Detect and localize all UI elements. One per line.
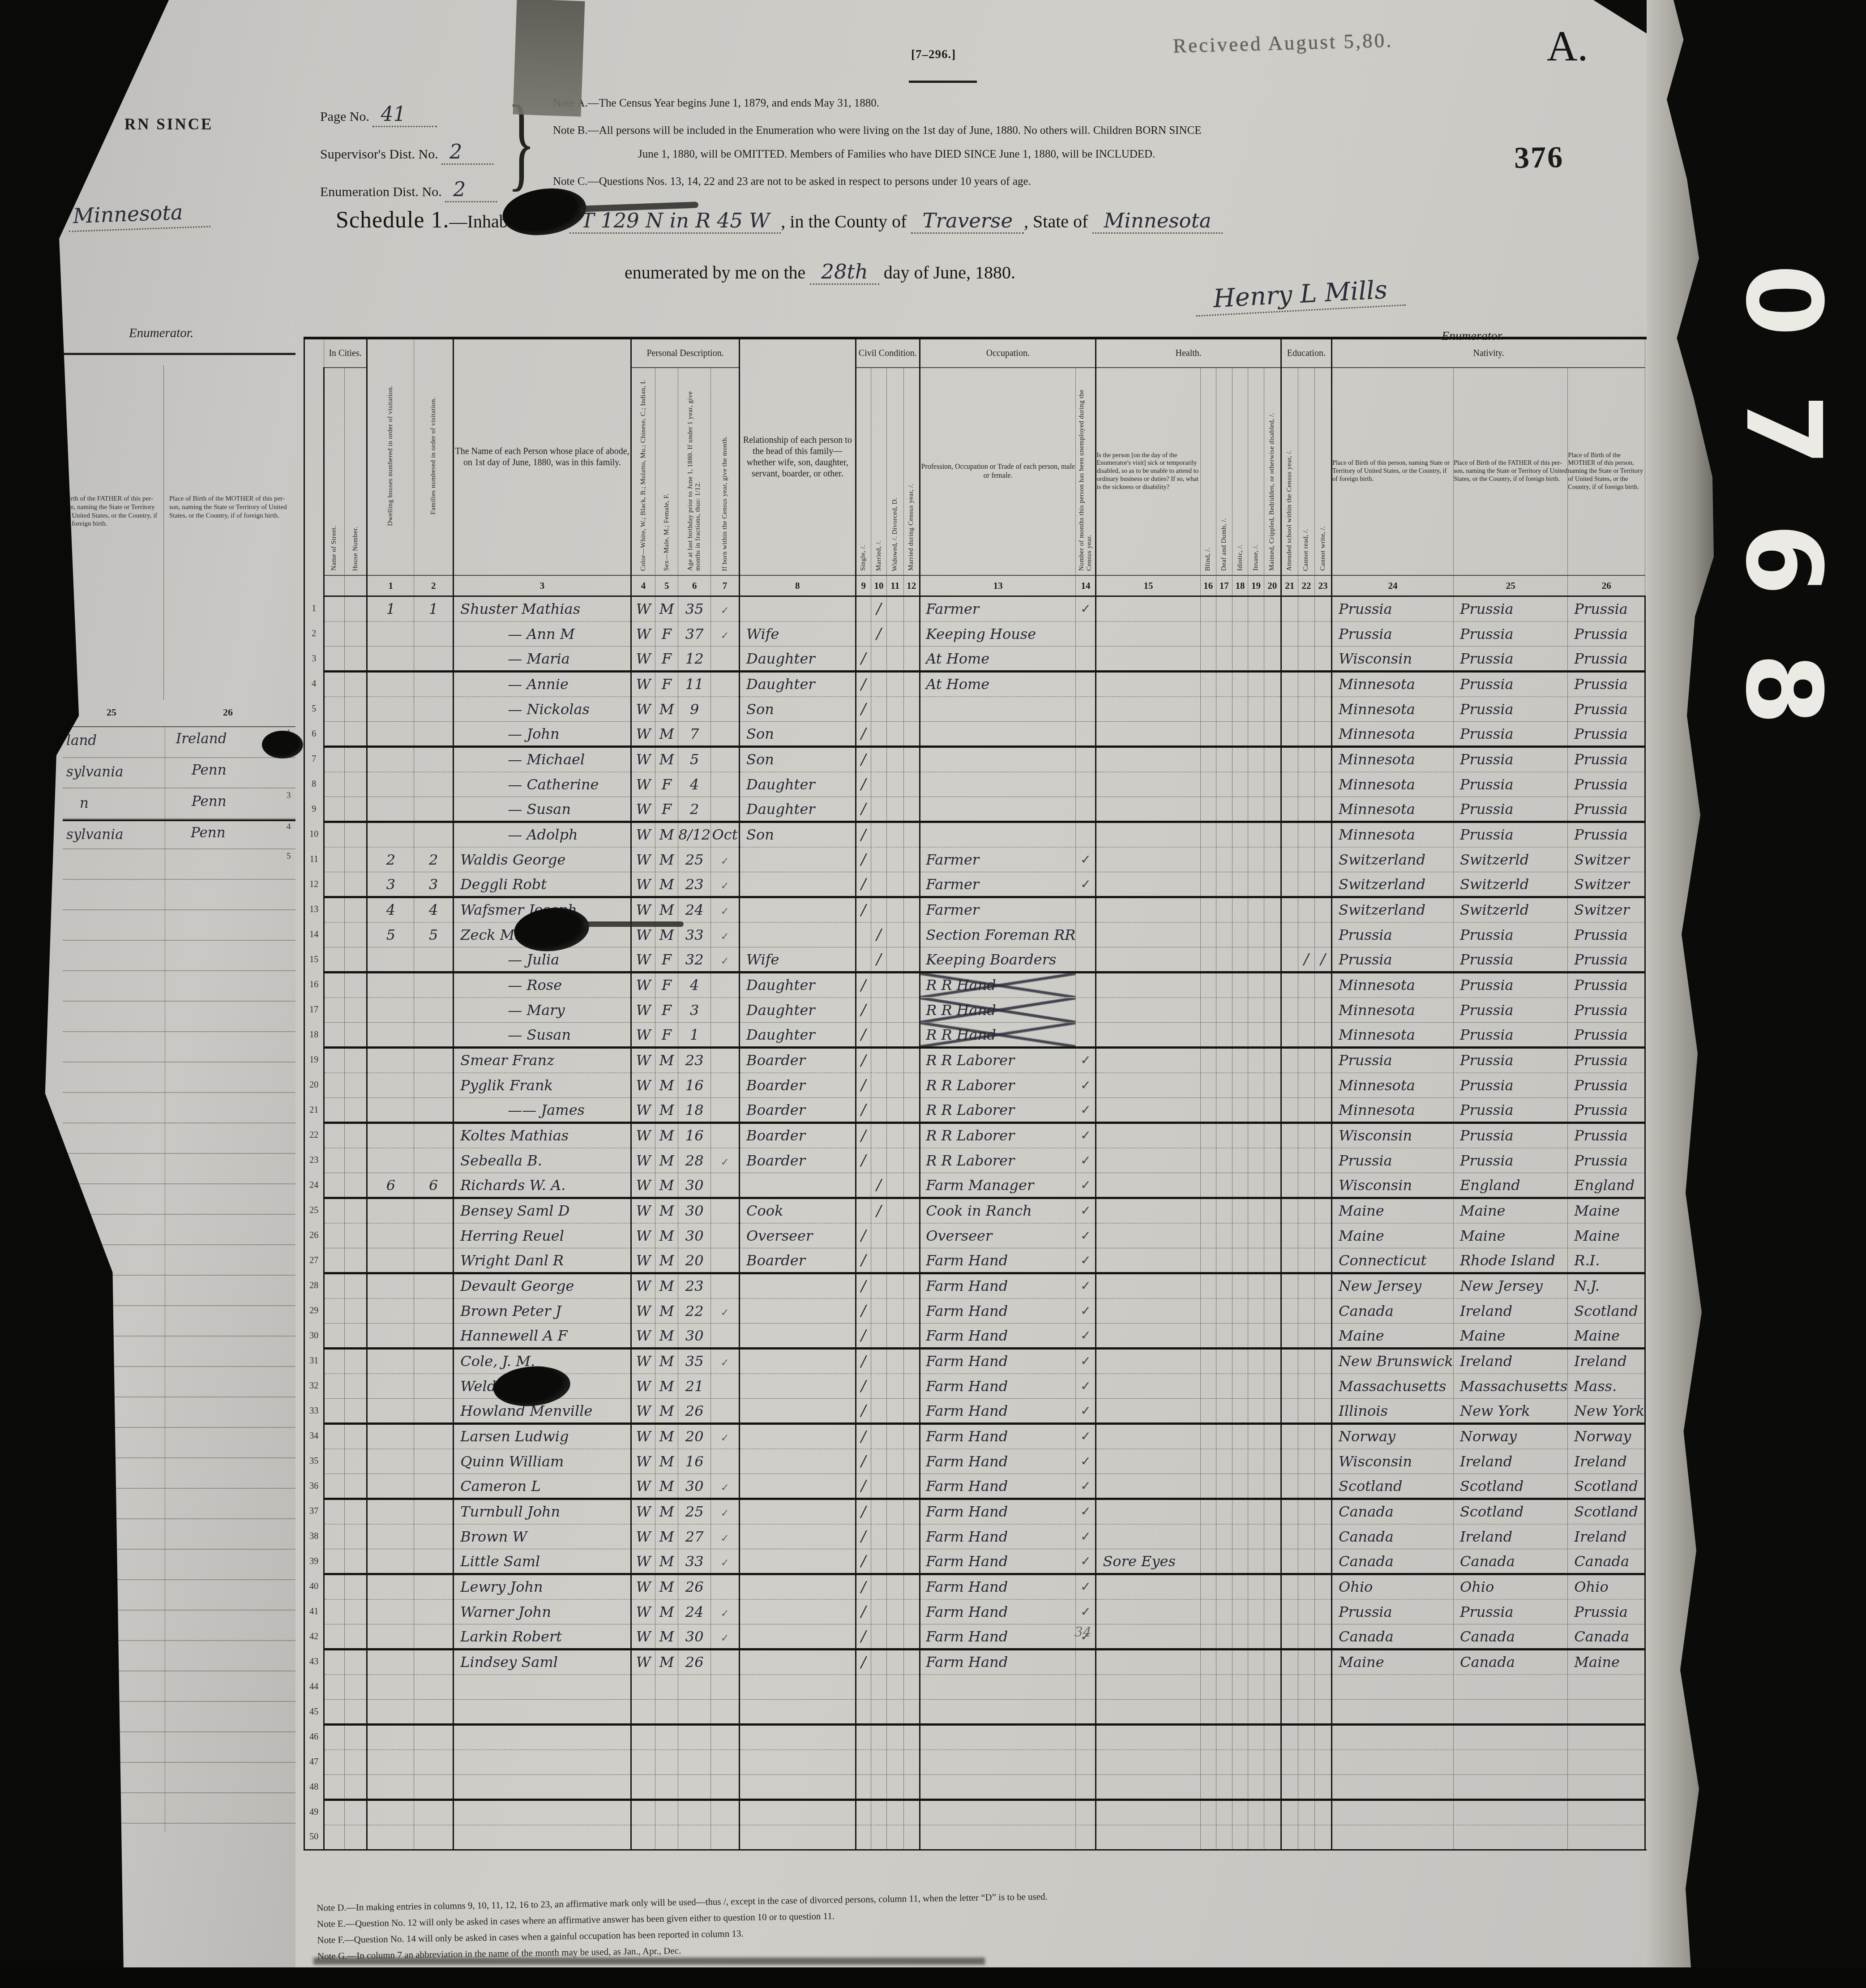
colnum: 15 — [1096, 575, 1200, 596]
widowed-mark — [887, 822, 903, 847]
previous-page-edge: RN SINCE Minnesota Enumerator. Birth of … — [17, 0, 298, 1988]
blind-mark — [1200, 1223, 1216, 1248]
house-number — [344, 1098, 367, 1123]
col1-header: Dwelling houses numbered in order of vis… — [367, 338, 414, 575]
street-name — [324, 797, 344, 822]
cannot-read-mark — [1298, 1675, 1315, 1700]
mother-birthplace: Scotland — [1568, 1474, 1645, 1499]
blind-mark — [1200, 1449, 1216, 1474]
relationship: Daughter — [740, 772, 856, 797]
blind-mark — [1200, 1800, 1216, 1825]
blind-mark — [1200, 1499, 1216, 1524]
idiotic-mark — [1232, 1273, 1248, 1298]
sex: M — [655, 1474, 678, 1499]
deaf-dumb-mark — [1216, 1449, 1233, 1474]
street-name — [324, 1048, 344, 1073]
widowed-mark — [887, 672, 903, 697]
father-birthplace: Prussia — [1453, 922, 1567, 947]
idiotic-mark — [1232, 647, 1248, 672]
single-mark: / — [856, 747, 871, 772]
street-name — [324, 872, 344, 897]
house-number — [344, 1298, 367, 1324]
blind-mark — [1200, 722, 1216, 747]
father-birthplace: Ireland — [1453, 1449, 1567, 1474]
dwelling-number — [367, 1524, 414, 1549]
deaf-dumb-mark — [1216, 1173, 1233, 1198]
idiotic-mark — [1232, 1349, 1248, 1374]
sex — [655, 1825, 678, 1850]
house-number — [344, 621, 367, 647]
cannot-read-mark — [1298, 1624, 1315, 1650]
insane-mark — [1248, 1248, 1264, 1273]
cannot-read-mark — [1298, 772, 1315, 797]
attended-school-mark — [1281, 1750, 1298, 1775]
row-number-left: 32 — [304, 1374, 324, 1399]
dwelling-number — [367, 947, 414, 973]
mother-birthplace — [1568, 1675, 1645, 1700]
insane-mark — [1248, 1650, 1264, 1675]
cannot-write-mark — [1315, 1800, 1332, 1825]
sickness — [1096, 596, 1200, 621]
group-occupation: Occupation. — [920, 338, 1096, 368]
cannot-write-mark — [1315, 596, 1332, 621]
idiotic-mark — [1232, 1499, 1248, 1524]
single-mark: / — [856, 1399, 871, 1424]
col20-header: Maimed, Crippled, Bedridden, or otherwis… — [1264, 368, 1281, 575]
disabled-mark — [1264, 1725, 1281, 1750]
sex: M — [655, 1298, 678, 1324]
relationship: Wife — [740, 621, 856, 647]
row-number-left: 43 — [304, 1650, 324, 1675]
col8-header: Relationship of each person to the head … — [740, 338, 856, 575]
widowed-mark — [887, 1725, 903, 1750]
disabled-mark — [1264, 1424, 1281, 1449]
blind-mark — [1200, 1273, 1216, 1298]
insane-mark — [1248, 1800, 1264, 1825]
cannot-write-mark — [1315, 1098, 1332, 1123]
row-number-left: 34 — [304, 1424, 324, 1449]
person-name: — Rose — [454, 973, 631, 998]
widowed-mark — [887, 998, 903, 1023]
person-name — [454, 1825, 631, 1850]
note-c: Note C.—Questions Nos. 13, 14, 22 and 23… — [553, 176, 1404, 187]
blind-mark — [1200, 872, 1216, 897]
person-name: — Mary — [454, 998, 631, 1023]
married-mark — [871, 1424, 887, 1449]
single-mark: / — [856, 1449, 871, 1474]
idiotic-mark — [1232, 747, 1248, 772]
occupation: Farm Hand — [920, 1599, 1076, 1624]
mother-birthplace — [1568, 1750, 1645, 1775]
sickness — [1096, 1248, 1200, 1273]
street-name — [324, 1073, 344, 1098]
mother-birthplace — [1568, 1700, 1645, 1725]
married-census-year-mark — [903, 922, 920, 947]
birthplace: Minnesota — [1332, 973, 1454, 998]
sex: M — [655, 1549, 678, 1574]
birthplace: Prussia — [1332, 621, 1454, 647]
prev-col25-number: 25 — [107, 707, 116, 718]
sex — [655, 1775, 678, 1800]
corner-letter: A. — [1547, 21, 1588, 71]
married-census-year-mark — [903, 1800, 920, 1825]
cannot-write-mark — [1315, 1474, 1332, 1499]
sex: M — [655, 747, 678, 772]
prev-col26-header: Place of Birth of the MOTHER of this per… — [165, 365, 295, 700]
birth-month — [711, 1800, 740, 1825]
occupation — [920, 1825, 1076, 1850]
dwelling-number — [367, 1675, 414, 1700]
dwelling-number — [367, 672, 414, 697]
cannot-read-mark — [1298, 797, 1315, 822]
color: W — [631, 1599, 655, 1624]
color: W — [631, 647, 655, 672]
single-mark: / — [856, 1048, 871, 1073]
relationship: Son — [740, 747, 856, 772]
occupation — [920, 697, 1076, 722]
street-name — [324, 847, 344, 872]
birth-month — [711, 722, 740, 747]
married-census-year-mark — [903, 1424, 920, 1449]
attended-school-mark — [1281, 1073, 1298, 1098]
sickness — [1096, 1624, 1200, 1650]
cannot-read-mark — [1298, 1148, 1315, 1173]
occupation — [920, 722, 1076, 747]
prev-enumerator-label: Enumerator. — [129, 326, 193, 341]
house-number — [344, 1424, 367, 1449]
enumeration-label: Enumeration Dist. No. — [320, 184, 442, 199]
cannot-read-mark — [1298, 1349, 1315, 1374]
cannot-write-mark — [1315, 847, 1332, 872]
dwelling-number: 3 — [367, 872, 414, 897]
single-mark: / — [856, 697, 871, 722]
dwelling-number — [367, 998, 414, 1023]
married-census-year-mark — [903, 772, 920, 797]
father-birthplace: Prussia — [1453, 998, 1567, 1023]
prev-table-top-rule — [64, 353, 297, 355]
idiotic-mark — [1232, 872, 1248, 897]
blind-mark — [1200, 596, 1216, 621]
deaf-dumb-mark — [1216, 1324, 1233, 1349]
single-mark — [856, 1825, 871, 1850]
attended-school-mark — [1281, 947, 1298, 973]
house-number — [344, 1599, 367, 1624]
occupation: Farmer — [920, 596, 1076, 621]
widowed-mark — [887, 1098, 903, 1123]
occupation: Keeping House — [920, 621, 1076, 647]
family-number — [414, 1700, 454, 1725]
relationship: Son — [740, 822, 856, 847]
colnum: 8 — [740, 575, 856, 596]
color: W — [631, 947, 655, 973]
cannot-write-mark — [1315, 1123, 1332, 1148]
age — [678, 1800, 711, 1825]
street-name — [324, 1624, 344, 1650]
father-birthplace: Prussia — [1453, 1048, 1567, 1073]
disabled-mark — [1264, 1775, 1281, 1800]
dwelling-number — [367, 1324, 414, 1349]
dwelling-number — [367, 697, 414, 722]
row-number-left: 19 — [304, 1048, 324, 1073]
birthplace: Prussia — [1332, 922, 1454, 947]
birthplace: Ohio — [1332, 1574, 1454, 1599]
married-census-year-mark — [903, 1700, 920, 1725]
prev-rule — [63, 726, 296, 727]
insane-mark — [1248, 1223, 1264, 1248]
disabled-mark — [1264, 1825, 1281, 1850]
cannot-read-mark — [1298, 872, 1315, 897]
attended-school-mark — [1281, 1298, 1298, 1324]
mother-birthplace: Mass. — [1568, 1374, 1645, 1399]
person-name: — Maria — [454, 647, 631, 672]
married-mark: / — [871, 1173, 887, 1198]
widowed-mark — [887, 1675, 903, 1700]
insane-mark — [1248, 1449, 1264, 1474]
dwelling-number: 4 — [367, 897, 414, 922]
attended-school-mark — [1281, 1624, 1298, 1650]
sex: M — [655, 1048, 678, 1073]
color: W — [631, 1524, 655, 1549]
birth-month — [711, 697, 740, 722]
relationship — [740, 1374, 856, 1399]
birth-month: ✓ — [711, 1474, 740, 1499]
color: W — [631, 1374, 655, 1399]
disabled-mark — [1264, 1800, 1281, 1825]
row-number-left: 44 — [304, 1675, 324, 1700]
state-label: , State of — [1024, 211, 1088, 231]
insane-mark — [1248, 772, 1264, 797]
attended-school-mark — [1281, 897, 1298, 922]
dwelling-number — [367, 1073, 414, 1098]
birthplace: New Jersey — [1332, 1273, 1454, 1298]
sex: M — [655, 1624, 678, 1650]
deaf-dumb-mark — [1216, 1474, 1233, 1499]
sickness — [1096, 1825, 1200, 1850]
married-census-year-mark — [903, 872, 920, 897]
colnum: 5 — [655, 575, 678, 596]
blind-mark — [1200, 1173, 1216, 1198]
attended-school-mark — [1281, 697, 1298, 722]
relationship: Son — [740, 722, 856, 747]
idiotic-mark — [1232, 973, 1248, 998]
widowed-mark — [887, 1700, 903, 1725]
widowed-mark — [887, 1198, 903, 1223]
sickness — [1096, 1725, 1200, 1750]
insane-mark — [1248, 1098, 1264, 1123]
blind-mark — [1200, 1198, 1216, 1223]
mother-birthplace: Prussia — [1568, 772, 1645, 797]
street-name — [324, 621, 344, 647]
months-unemployed: ✓ — [1076, 1098, 1096, 1123]
birth-month: ✓ — [711, 1524, 740, 1549]
mother-birthplace — [1568, 1800, 1645, 1825]
widowed-mark — [887, 1599, 903, 1624]
family-number — [414, 1048, 454, 1073]
relationship — [740, 1624, 856, 1650]
married-mark — [871, 897, 887, 922]
relationship: Daughter — [740, 998, 856, 1023]
insane-mark — [1248, 1023, 1264, 1048]
married-census-year-mark — [903, 1624, 920, 1650]
married-mark — [871, 1599, 887, 1624]
family-number — [414, 1198, 454, 1223]
insane-mark — [1248, 1123, 1264, 1148]
street-name — [324, 1474, 344, 1499]
family-number — [414, 1123, 454, 1148]
census-scan: RN SINCE Minnesota Enumerator. Birth of … — [0, 0, 1866, 1988]
age: 1 — [678, 1023, 711, 1048]
birth-month — [711, 998, 740, 1023]
family-number — [414, 1650, 454, 1675]
birthplace: Minnesota — [1332, 998, 1454, 1023]
months-unemployed: ✓ — [1076, 1399, 1096, 1424]
house-number — [344, 1023, 367, 1048]
sickness — [1096, 1173, 1200, 1198]
row-number-left: 41 — [304, 1599, 324, 1624]
deaf-dumb-mark — [1216, 722, 1233, 747]
idiotic-mark — [1232, 1825, 1248, 1850]
census-rows: 111Shuster MathiasWM35✓/Farmer✓PrussiaPr… — [304, 596, 1665, 1850]
months-unemployed — [1076, 1825, 1096, 1850]
color: W — [631, 1474, 655, 1499]
mother-birthplace: Maine — [1568, 1650, 1645, 1675]
single-mark: / — [856, 1499, 871, 1524]
occupation: At Home — [920, 672, 1076, 697]
birthplace: Wisconsin — [1332, 1123, 1454, 1148]
deaf-dumb-mark — [1216, 1675, 1233, 1700]
person-name: — Susan — [454, 1023, 631, 1048]
page-stamp-number: 376 — [1514, 139, 1564, 176]
birthplace: Scotland — [1332, 1474, 1454, 1499]
birth-month — [711, 1248, 740, 1273]
sickness — [1096, 1599, 1200, 1624]
sex — [655, 1800, 678, 1825]
married-census-year-mark — [903, 1499, 920, 1524]
attended-school-mark — [1281, 1098, 1298, 1123]
widowed-mark — [887, 1750, 903, 1775]
deaf-dumb-mark — [1216, 822, 1233, 847]
occupation — [920, 1775, 1076, 1800]
prev-row-number: 4 — [287, 822, 291, 832]
birth-month — [711, 1399, 740, 1424]
idiotic-mark — [1232, 1023, 1248, 1048]
birth-month: ✓ — [711, 1349, 740, 1374]
cannot-read-mark — [1298, 1098, 1315, 1123]
sex: F — [655, 621, 678, 647]
blind-mark — [1200, 1324, 1216, 1349]
single-mark: / — [856, 1650, 871, 1675]
birthplace — [1332, 1725, 1454, 1750]
color: W — [631, 1023, 655, 1048]
widowed-mark — [887, 1775, 903, 1800]
insane-mark — [1248, 722, 1264, 747]
house-number — [344, 772, 367, 797]
sex: M — [655, 1599, 678, 1624]
house-number — [344, 672, 367, 697]
age: 3 — [678, 998, 711, 1023]
dwelling-number — [367, 1248, 414, 1273]
occupation — [920, 1750, 1076, 1775]
insane-mark — [1248, 1374, 1264, 1399]
col9-header: Single, /. — [856, 368, 871, 575]
single-mark: / — [856, 797, 871, 822]
blind-mark — [1200, 1399, 1216, 1424]
blind-mark — [1200, 847, 1216, 872]
idiotic-mark — [1232, 1700, 1248, 1725]
row-number-left: 18 — [304, 1023, 324, 1048]
attended-school-mark — [1281, 872, 1298, 897]
prev-entry: sylvania — [66, 827, 124, 843]
age: 9 — [678, 697, 711, 722]
mother-birthplace: Canada — [1568, 1624, 1645, 1650]
sickness — [1096, 697, 1200, 722]
widowed-mark — [887, 647, 903, 672]
mother-birthplace: Switzer — [1568, 897, 1645, 922]
idiotic-mark — [1232, 1424, 1248, 1449]
idiotic-mark — [1232, 697, 1248, 722]
birthplace: Minnesota — [1332, 672, 1454, 697]
age: 4 — [678, 772, 711, 797]
cannot-read-mark — [1298, 1499, 1315, 1524]
widowed-mark — [887, 1148, 903, 1173]
insane-mark — [1248, 1750, 1264, 1775]
occupation: Farm Hand — [920, 1549, 1076, 1574]
dwelling-number: 2 — [367, 847, 414, 872]
married-census-year-mark — [903, 1073, 920, 1098]
family-number — [414, 1825, 454, 1850]
street-name — [324, 747, 344, 772]
cannot-write-mark — [1315, 1298, 1332, 1324]
person-name: Bensey Saml D — [454, 1198, 631, 1223]
colnum: 11 — [887, 575, 903, 596]
cannot-read-mark — [1298, 1825, 1315, 1850]
note-a: Note A.—The Census Year begins June 1, 1… — [553, 98, 1404, 109]
col26-header: Place of Birth of the MOTHER of this per… — [1568, 368, 1645, 575]
person-name: Hannewell A F — [454, 1324, 631, 1349]
married-census-year-mark — [903, 747, 920, 772]
father-birthplace — [1453, 1750, 1567, 1775]
insane-mark — [1248, 1524, 1264, 1549]
prev-col26-number: 26 — [223, 707, 233, 718]
widowed-mark — [887, 1173, 903, 1198]
color: W — [631, 1298, 655, 1324]
blind-mark — [1200, 1023, 1216, 1048]
sickness — [1096, 1775, 1200, 1800]
disabled-mark — [1264, 822, 1281, 847]
married-census-year-mark — [903, 1123, 920, 1148]
relationship — [740, 922, 856, 947]
cannot-write-mark — [1315, 1324, 1332, 1349]
cannot-write-mark — [1315, 1248, 1332, 1273]
mother-birthplace: Norway — [1568, 1424, 1645, 1449]
age: 30 — [678, 1324, 711, 1349]
color: W — [631, 847, 655, 872]
relationship: Boarder — [740, 1123, 856, 1148]
birth-month — [711, 1048, 740, 1073]
person-name: Sebealla B. — [454, 1148, 631, 1173]
blind-mark — [1200, 897, 1216, 922]
color — [631, 1775, 655, 1800]
birthplace — [1332, 1750, 1454, 1775]
married-mark — [871, 1725, 887, 1750]
group-education: Education. — [1281, 338, 1331, 368]
house-number — [344, 1650, 367, 1675]
occupation: R R Laborer — [920, 1073, 1076, 1098]
married-census-year-mark — [903, 1474, 920, 1499]
birth-month — [711, 772, 740, 797]
single-mark: / — [856, 1599, 871, 1624]
single-mark — [856, 596, 871, 621]
